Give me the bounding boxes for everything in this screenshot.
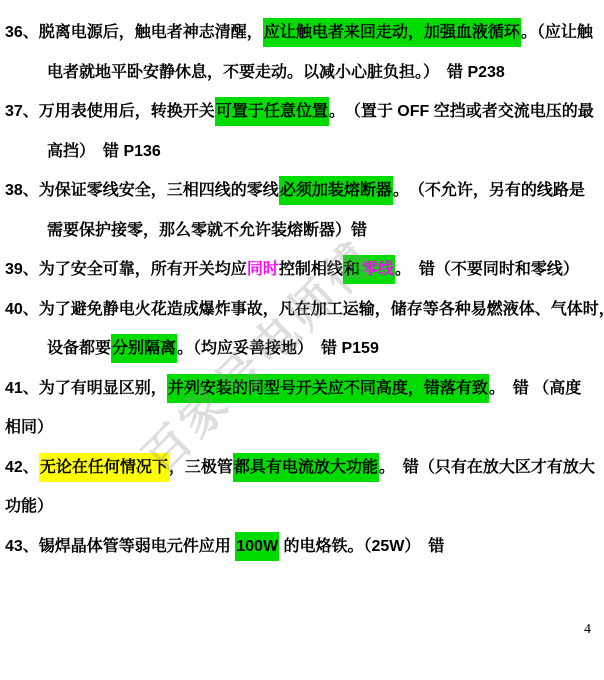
question-36-line-2: 电者就地平卧安静休息，不要走动。以减小心脏负担。） 错 P238: [47, 53, 598, 93]
question-41-line-2: 相同）: [5, 408, 598, 448]
text-segment: 。（应让触: [521, 24, 593, 41]
text-segment: 。（均应妥善接地） 错 P159: [177, 340, 379, 357]
text-segment: 42、: [5, 459, 39, 476]
question-40-line-2: 设备都要分别隔离。（均应妥善接地） 错 P159: [47, 329, 598, 369]
page-number: 4: [584, 622, 591, 638]
question-41-line-1: 41、为了有明显区别，并列安装的同型号开关应不同高度，错落有致。 错 （高度: [5, 369, 598, 409]
highlighted-text: 同时: [247, 261, 279, 278]
text-segment: 39、为了安全可靠，所有开关均应: [5, 261, 247, 278]
text-segment: 43、锡焊晶体管等弱电元件应用: [5, 538, 235, 555]
highlighted-text: 和: [343, 255, 361, 284]
text-segment: 。 错（不要同时和零线）: [395, 261, 579, 278]
text-segment: 电者就地平卧安静休息，不要走动。以减小心脏负担。） 错 P238: [47, 64, 505, 81]
question-43-line-1: 43、锡焊晶体管等弱电元件应用 100W 的电烙铁。（25W） 错: [5, 527, 598, 567]
document-page: 百家号电师傅 36、脱离电源后，触电者神志清醒，应让触电者来回走动，加强血液循环…: [0, 0, 604, 680]
highlighted-text: 并列安装的同型号开关应不同高度，错落有致: [167, 374, 489, 403]
text-segment: 控制相线: [279, 261, 343, 278]
highlighted-text: 分别隔离: [111, 334, 177, 363]
question-38-line-1: 38、为保证零线安全，三相四线的零线必须加装熔断器。 （不允许，另有的线路是: [5, 171, 598, 211]
text-segment: 。 （置于 OFF 空挡或者交流电压的最: [329, 103, 594, 120]
question-37-line-1: 37、万用表使用后，转换开关可置于任意位置。 （置于 OFF 空挡或者交流电压的…: [5, 92, 598, 132]
text-segment: 。 （不允许，另有的线路是: [393, 182, 585, 199]
text-segment: 。 错 （高度: [489, 380, 581, 397]
question-36-line-1: 36、脱离电源后，触电者神志清醒，应让触电者来回走动，加强血液循环。（应让触: [5, 13, 598, 53]
highlighted-text: 应让触电者来回走动，加强血液循环: [263, 18, 521, 47]
highlighted-text: 都具有电流放大功能: [233, 453, 379, 482]
highlighted-text: 无论在任何情况下: [39, 453, 169, 482]
question-42-line-2: 功能）: [5, 487, 598, 527]
text-segment: 36、脱离电源后，触电者神志清醒，: [5, 24, 263, 41]
text-segment: 相同）: [5, 419, 53, 436]
question-38-line-2: 需要保护接零，那么零就不允许装熔断器）错: [47, 211, 598, 251]
highlighted-text: 可置于任意位置: [215, 97, 329, 126]
text-segment: 40、为了避免静电火花造成爆炸事故，凡在加工运输，储存等各种易燃液体、气体时，: [5, 301, 604, 318]
text-segment: 高挡） 错 P136: [47, 143, 161, 160]
question-40-line-1: 40、为了避免静电火花造成爆炸事故，凡在加工运输，储存等各种易燃液体、气体时，: [5, 290, 598, 330]
highlighted-text: 必须加装熔断器: [279, 176, 393, 205]
question-37-line-2: 高挡） 错 P136: [47, 132, 598, 172]
highlighted-text: 零线: [361, 255, 395, 284]
question-42-line-1: 42、无论在任何情况下，三极管都具有电流放大功能。 错（只有在放大区才有放大: [5, 448, 598, 488]
text-segment: 。 错（只有在放大区才有放大: [379, 459, 595, 476]
text-segment: 功能）: [5, 498, 53, 515]
text-segment: 37、万用表使用后，转换开关: [5, 103, 215, 120]
text-segment: 需要保护接零，那么零就不允许装熔断器）错: [47, 222, 367, 239]
text-segment: 41、为了有明显区别，: [5, 380, 167, 397]
highlighted-text: 100W: [235, 532, 279, 561]
text-segment: 的电烙铁。（25W） 错: [279, 538, 444, 555]
document-body: 36、脱离电源后，触电者神志清醒，应让触电者来回走动，加强血液循环。（应让触电者…: [0, 0, 604, 566]
text-segment: ，三极管: [169, 459, 233, 476]
text-segment: 38、为保证零线安全，三相四线的零线: [5, 182, 279, 199]
text-segment: 设备都要: [47, 340, 111, 357]
question-39-line-1: 39、为了安全可靠，所有开关均应同时控制相线和零线。 错（不要同时和零线）: [5, 250, 598, 290]
